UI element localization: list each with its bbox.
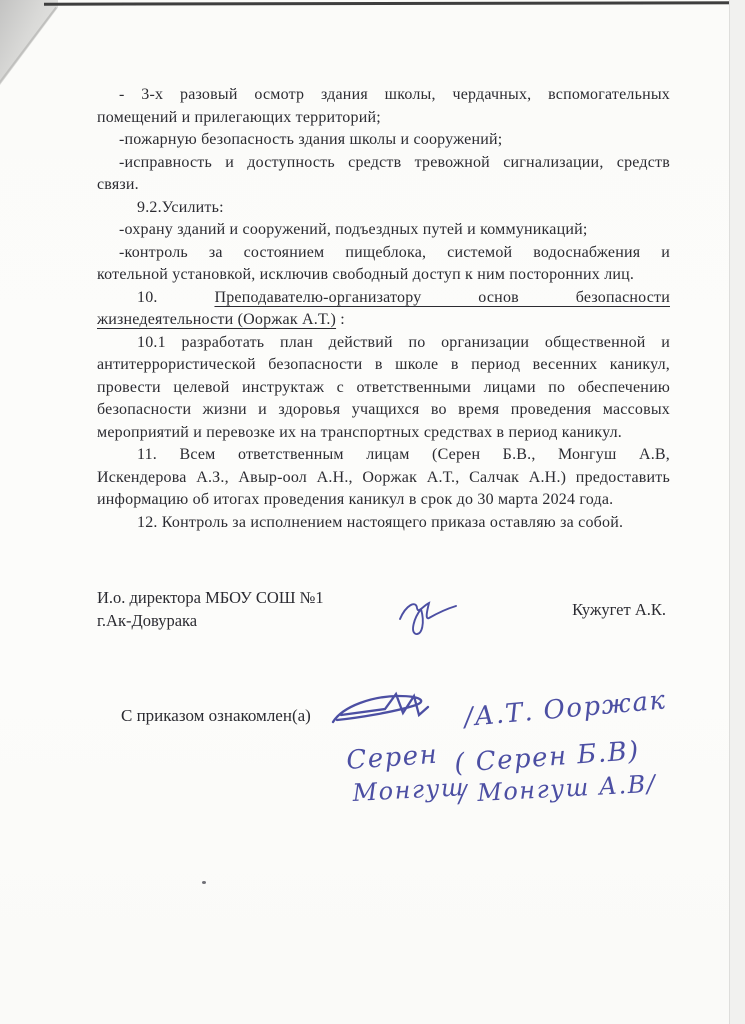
signature-surname-seren: Серен [345, 740, 439, 776]
document-line: котельной установкой, исключив свободный… [97, 264, 670, 287]
director-signature-stroke [400, 603, 456, 634]
document-line: 10. Преподавателю-организатору основ без… [97, 287, 670, 310]
text: безопасности жизни и здоровья учащихся в… [97, 401, 670, 418]
text: информацию об итогах проведения каникул … [97, 491, 613, 508]
document-line: -пожарную безопасность здания школы и со… [97, 129, 670, 152]
text: помещений и прилегающих территорий; [97, 109, 381, 126]
text: 9.2.Усилить: [137, 199, 224, 216]
document-body: - 3-х разовый осмотр здания школы, черда… [97, 84, 670, 534]
underlined-text: жизнедеятельности (Ооржак А.Т.) [97, 311, 336, 328]
document-line: провести целевой инструктаж с ответствен… [97, 377, 670, 400]
acknowledgement-signatures: /А.Т. Ооржак Серен ( Серен Б.В) Монгуш /… [325, 668, 685, 818]
document-line: 12. Контроль за исполнением настоящего п… [97, 512, 670, 535]
text: провести целевой инструктаж с ответствен… [97, 379, 670, 396]
director-signature [390, 585, 470, 640]
signature-flourish-oorzhak [333, 694, 428, 722]
document-line: антитеррористической безопасности в школ… [97, 354, 670, 377]
document-line: безопасности жизни и здоровья учащихся в… [97, 399, 670, 422]
scanned-page: - 3-х разовый осмотр здания школы, черда… [0, 0, 745, 1024]
document-line: помещений и прилегающих территорий; [97, 107, 670, 130]
text: антитеррористической безопасности в школ… [97, 356, 670, 373]
text: 11. Всем ответственным лицам (Серен Б.В.… [137, 446, 670, 463]
signoff-block: И.о. директора МБОУ СОШ №1 г.Ак-Довурака… [97, 586, 670, 632]
document-line: мероприятий и перевозке их на транспортн… [97, 422, 670, 445]
signature-name-oorzhak: /А.Т. Ооржак [460, 685, 668, 733]
text: - 3-х разовый осмотр здания школы, черда… [119, 86, 670, 103]
text: Искендерова А.З., Авыр-оол А.Н., Ооржак … [97, 469, 670, 486]
document-line: информацию об итогах проведения каникул … [97, 489, 670, 512]
text: -охрану зданий и сооружений, подъездных … [119, 221, 588, 238]
scanner-right-background [730, 0, 745, 1024]
document-line: жизнедеятельности (Ооржак А.Т.) : [97, 309, 670, 332]
signature-surname-mongush: Монгуш [351, 773, 466, 807]
document-line: -контроль за состоянием пищеблока, систе… [97, 242, 670, 265]
document-line: связи. [97, 174, 670, 197]
text: связи. [97, 176, 139, 193]
document-line: -охрану зданий и сооружений, подъездных … [97, 219, 670, 242]
text: котельной установкой, исключив свободный… [97, 266, 634, 283]
ink-speck [202, 881, 206, 884]
text: : [340, 311, 345, 328]
text: 10. [137, 289, 158, 306]
scanner-top-edge [44, 1, 745, 5]
signoff-director-name: Кужугет А.К. [572, 598, 666, 621]
document-line: Искендерова А.З., Авыр-оол А.Н., Ооржак … [97, 467, 670, 490]
document-line: 9.2.Усилить: [97, 197, 670, 220]
text: -контроль за состоянием пищеблока, систе… [119, 244, 670, 261]
text: -исправность и доступность средств трево… [119, 154, 670, 171]
text: -пожарную безопасность здания школы и со… [119, 131, 502, 148]
underlined-text: Преподавателю-организатору основ безопас… [214, 289, 670, 306]
document-line: 11. Всем ответственным лицам (Серен Б.В.… [97, 444, 670, 467]
document-line: -исправность и доступность средств трево… [97, 152, 670, 175]
text: 10.1 разработать план действий по органи… [137, 334, 670, 351]
text: мероприятий и перевозке их на транспортн… [97, 424, 622, 441]
document-line: - 3-х разовый осмотр здания школы, черда… [97, 84, 670, 107]
page-right-edge [729, 0, 731, 1024]
text: 12. Контроль за исполнением настоящего п… [137, 514, 623, 531]
document-line: 10.1 разработать план действий по органи… [97, 332, 670, 355]
